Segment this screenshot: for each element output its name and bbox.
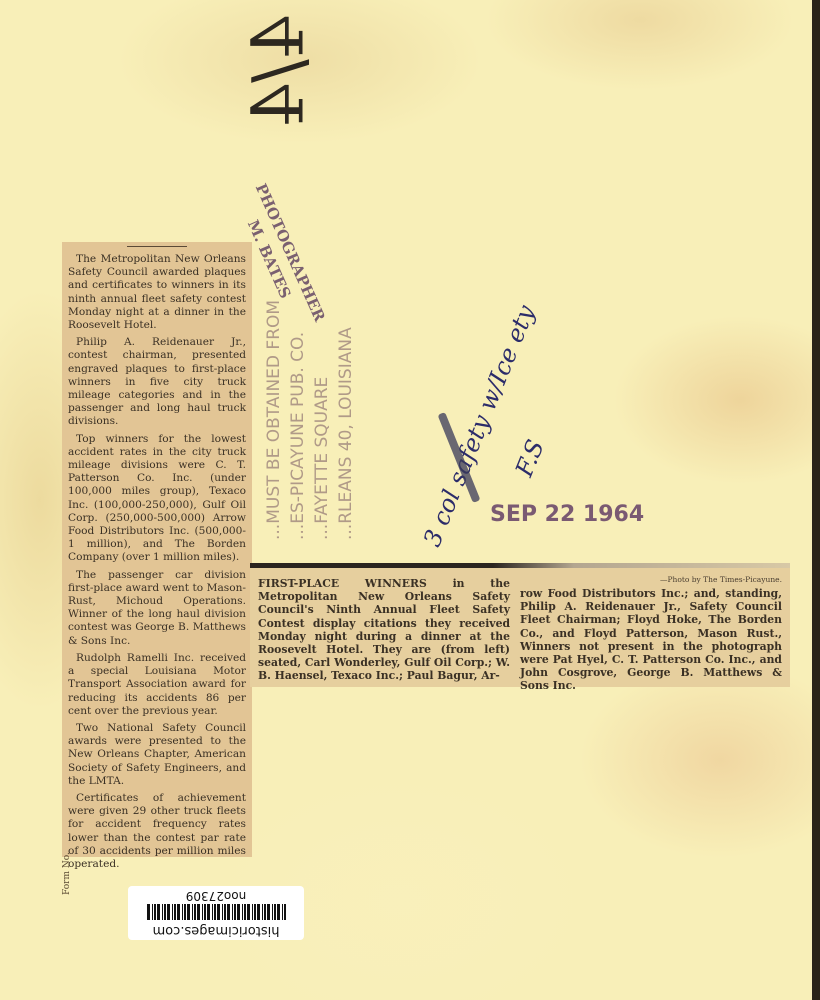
article-paragraph: Rudolph Ramelli Inc. received a special …	[68, 652, 246, 718]
caption-clipping: —Photo by The Times-Picayune. FIRST-PLAC…	[250, 563, 790, 687]
credit-stamp: ...MUST BE OBTAINED FROM ...ES-PICAYUNE …	[262, 300, 358, 540]
article-paragraph: Certificates of achievement were given 2…	[68, 792, 246, 871]
form-number-label: Form No.	[62, 852, 72, 895]
article-paragraph: The passenger car division first-place a…	[68, 569, 246, 648]
handwritten-number: 4/4	[237, 15, 319, 128]
caption-column-1: FIRST-PLACE WINNERS in the Metropolitan …	[258, 577, 510, 683]
photo-credit: —Photo by The Times-Picayune.	[660, 575, 782, 584]
archive-site: historicimages.com	[128, 923, 304, 938]
barcode-icon	[146, 904, 286, 920]
article-paragraph: Philip A. Reidenauer Jr., contest chairm…	[68, 336, 246, 428]
article-paragraph: Two National Safety Council awards were …	[68, 722, 246, 788]
article-clipping: The Metropolitan New Orleans Safety Coun…	[62, 242, 252, 857]
photo-edge	[250, 563, 790, 568]
archive-code: noo27309	[128, 889, 304, 903]
archive-barcode-label: historicimages.com noo27309	[128, 886, 304, 940]
article-paragraph: Top winners for the lowest accident rate…	[68, 433, 246, 565]
article-paragraph: The Metropolitan New Orleans Safety Coun…	[68, 253, 246, 332]
divider	[127, 246, 187, 247]
scan-edge	[812, 0, 820, 1000]
caption-column-2: row Food Distributors Inc.; and, standin…	[520, 587, 782, 693]
date-stamp: SEP 22 1964	[490, 502, 644, 527]
